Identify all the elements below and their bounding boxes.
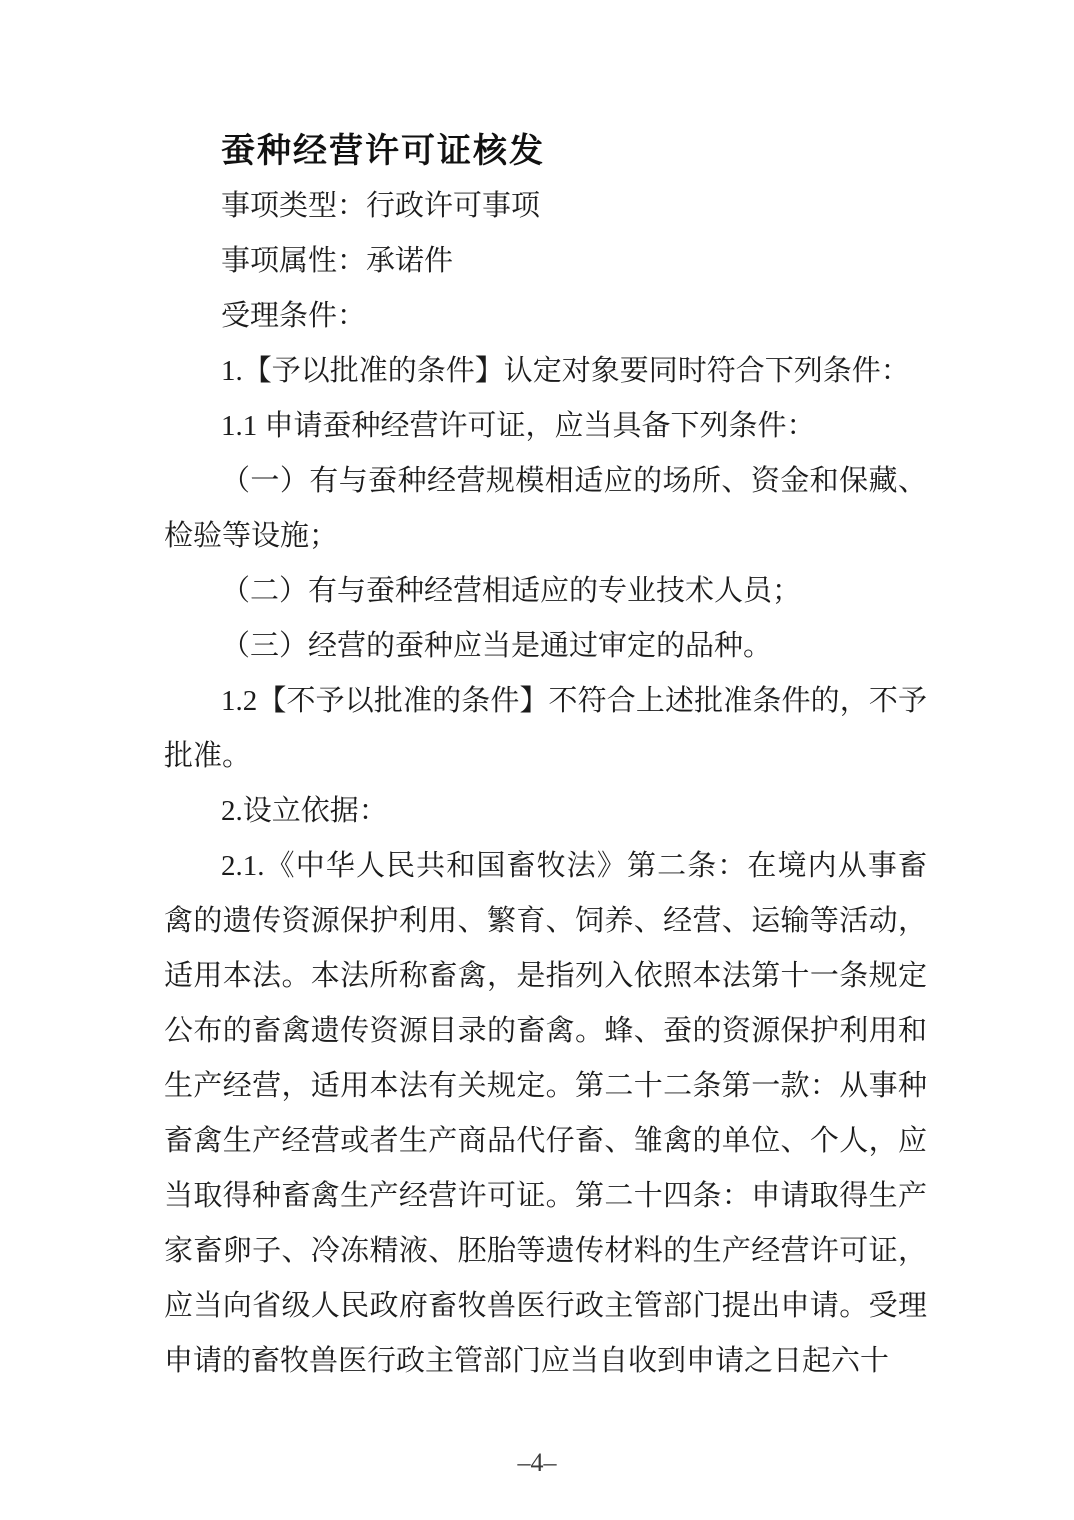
- page-title: 蚕种经营许可证核发: [164, 124, 927, 179]
- document-line: 禽的遗传资源保护利用、繁育、饲养、经营、运输等活动，: [164, 894, 927, 949]
- document-line: 检验等设施；: [164, 509, 927, 564]
- document-line: （三）经营的蚕种应当是通过审定的品种。: [164, 619, 927, 674]
- document-line: 1.【予以批准的条件】认定对象要同时符合下列条件：: [164, 344, 927, 399]
- document-line: 2.设立依据：: [164, 784, 927, 839]
- document-line: 2.1.《中华人民共和国畜牧法》第二条：在境内从事畜: [164, 839, 927, 894]
- document-line: 批准。: [164, 729, 927, 784]
- document-line: 适用本法。本法所称畜禽，是指列入依照本法第十一条规定: [164, 949, 927, 1004]
- document-line: 公布的畜禽遗传资源目录的畜禽。蜂、蚕的资源保护利用和: [164, 1004, 927, 1059]
- document-line: 1.2【不予以批准的条件】不符合上述批准条件的，不予: [164, 674, 927, 729]
- document-line: 生产经营，适用本法有关规定。第二十二条第一款：从事种: [164, 1059, 927, 1114]
- document-line: 当取得种畜禽生产经营许可证。第二十四条：申请取得生产: [164, 1169, 927, 1224]
- document-line: 1.1 申请蚕种经营许可证，应当具备下列条件：: [164, 399, 927, 454]
- document-line: 家畜卵子、冷冻精液、胚胎等遗传材料的生产经营许可证，: [164, 1224, 927, 1279]
- document-line: 事项属性：承诺件: [164, 234, 927, 289]
- document-line: 申请的畜牧兽医行政主管部门应当自收到申请之日起六十: [164, 1334, 927, 1389]
- page-number: –4–: [0, 1447, 1074, 1479]
- document-line: （一）有与蚕种经营规模相适应的场所、资金和保藏、: [164, 454, 927, 509]
- document-body: 蚕种经营许可证核发事项类型：行政许可事项事项属性：承诺件受理条件：1.【予以批准…: [164, 124, 927, 1389]
- document-line: （二）有与蚕种经营相适应的专业技术人员；: [164, 564, 927, 619]
- document-line: 受理条件：: [164, 289, 927, 344]
- document-line: 应当向省级人民政府畜牧兽医行政主管部门提出申请。受理: [164, 1279, 927, 1334]
- document-line: 事项类型：行政许可事项: [164, 179, 927, 234]
- document-line: 畜禽生产经营或者生产商品代仔畜、雏禽的单位、个人，应: [164, 1114, 927, 1169]
- document-page: 蚕种经营许可证核发事项类型：行政许可事项事项属性：承诺件受理条件：1.【予以批准…: [0, 0, 1074, 1520]
